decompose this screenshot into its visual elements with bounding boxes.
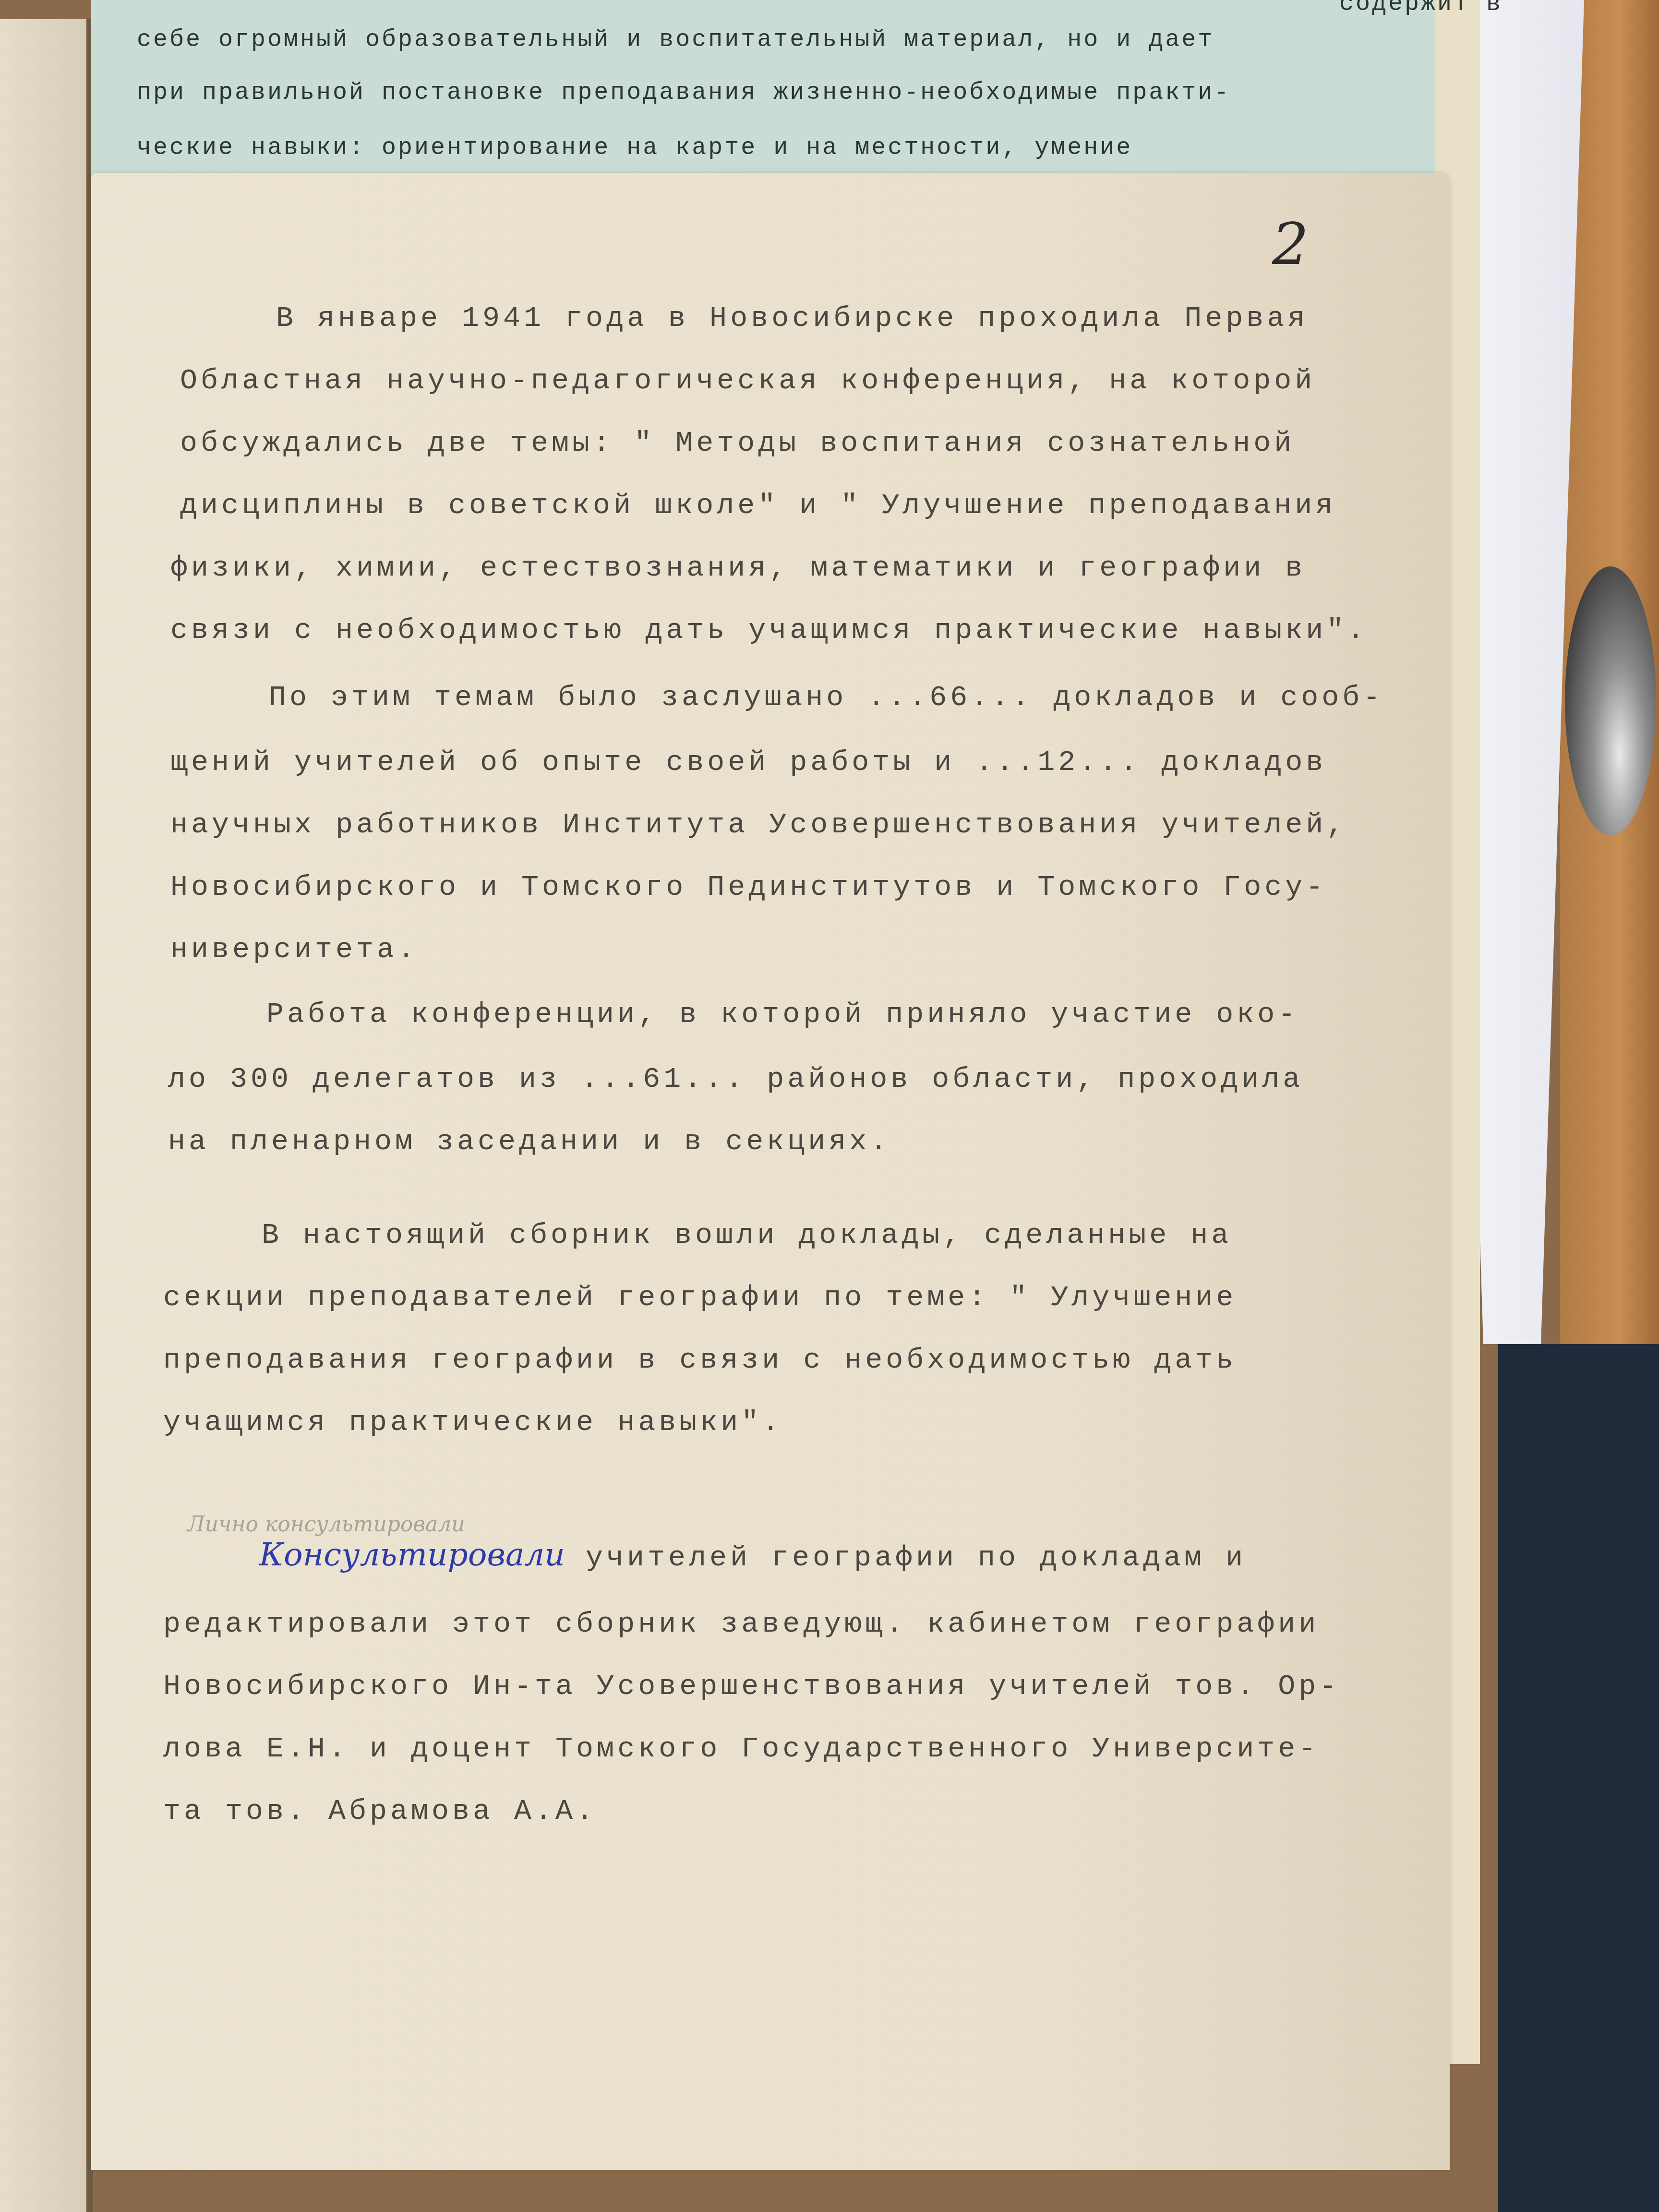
blue-sheet-line: себе огромный образовательный и воспитат…	[137, 26, 1214, 54]
paragraph-1-line: связи с необходимостью дать учащимся пра…	[170, 614, 1368, 647]
paragraph-5-line: та тов. Абрамова А.А.	[163, 1795, 597, 1828]
paragraph-4-line: секции преподавателей географии по теме:…	[163, 1282, 1237, 1314]
paragraph-1-line: физики, химии, естествознания, математик…	[170, 552, 1306, 585]
paragraph-2-line: щений учителей об опыте своей работы и .…	[170, 746, 1326, 779]
paragraph-5-line: редактировали этот сборник заведующ. каб…	[163, 1608, 1319, 1641]
handwritten-insert: Консультировали	[259, 1536, 565, 1573]
paragraph-2-line: научных работников Института Усовершенст…	[170, 809, 1347, 842]
paragraph-1-line: обсуждались две темы: " Методы воспитани…	[180, 427, 1295, 460]
underlying-blue-sheet: содержит в себе огромный образовательный…	[91, 0, 1435, 202]
handwritten-page-number: 2	[1272, 211, 1309, 278]
spoon-object	[1565, 566, 1656, 835]
blue-sheet-top-fragment: содержит в	[1339, 0, 1503, 18]
paragraph-2-line: ниверситета.	[170, 934, 418, 966]
blue-sheet-line: при правильной постановке преподавания ж…	[137, 79, 1230, 107]
paragraph-4-line: В настоящий сборник вошли доклады, сдела…	[262, 1219, 1232, 1252]
blue-sheet-line: ческие навыки: ориентирование на карте и…	[137, 134, 1132, 162]
typed-document-page: 2 В январе 1941 года в Новосибирске прох…	[91, 173, 1450, 2170]
paragraph-5-line: учителей географии по докладам и	[586, 1542, 1246, 1575]
faint-pencil-annotation: Лично консультировали	[187, 1512, 465, 1537]
paragraph-5-first-line: Консультировали учителей географии по до…	[259, 1536, 1246, 1575]
left-binding-page	[0, 19, 93, 2212]
paragraph-5-line: Новосибирского Ин-та Усовершенствования …	[163, 1671, 1340, 1703]
paragraph-4-line: преподавания географии в связи с необход…	[163, 1344, 1237, 1377]
paragraph-5-line: лова Е.Н. и доцент Томского Государствен…	[163, 1733, 1319, 1766]
paragraph-3-line: Работа конференции, в которой приняло уч…	[266, 998, 1298, 1031]
dark-cloth-background	[1498, 1344, 1659, 2212]
paragraph-4-line: учащимся практические навыки".	[163, 1407, 782, 1439]
paragraph-3-line: на пленарном заседании и в секциях.	[168, 1126, 890, 1158]
paragraph-1-line: В январе 1941 года в Новосибирске проход…	[276, 302, 1308, 335]
paragraph-3-line: ло 300 делегатов из ...61... районов обл…	[168, 1063, 1303, 1096]
paragraph-1-line: дисциплины в советской школе" и " Улучше…	[180, 490, 1336, 522]
paragraph-1-line: Областная научно-педагогическая конферен…	[180, 365, 1315, 397]
paragraph-2-line: По этим темам было заслушано ...66... до…	[269, 682, 1383, 714]
paragraph-2-line: Новосибирского и Томского Пединститутов …	[170, 871, 1326, 904]
